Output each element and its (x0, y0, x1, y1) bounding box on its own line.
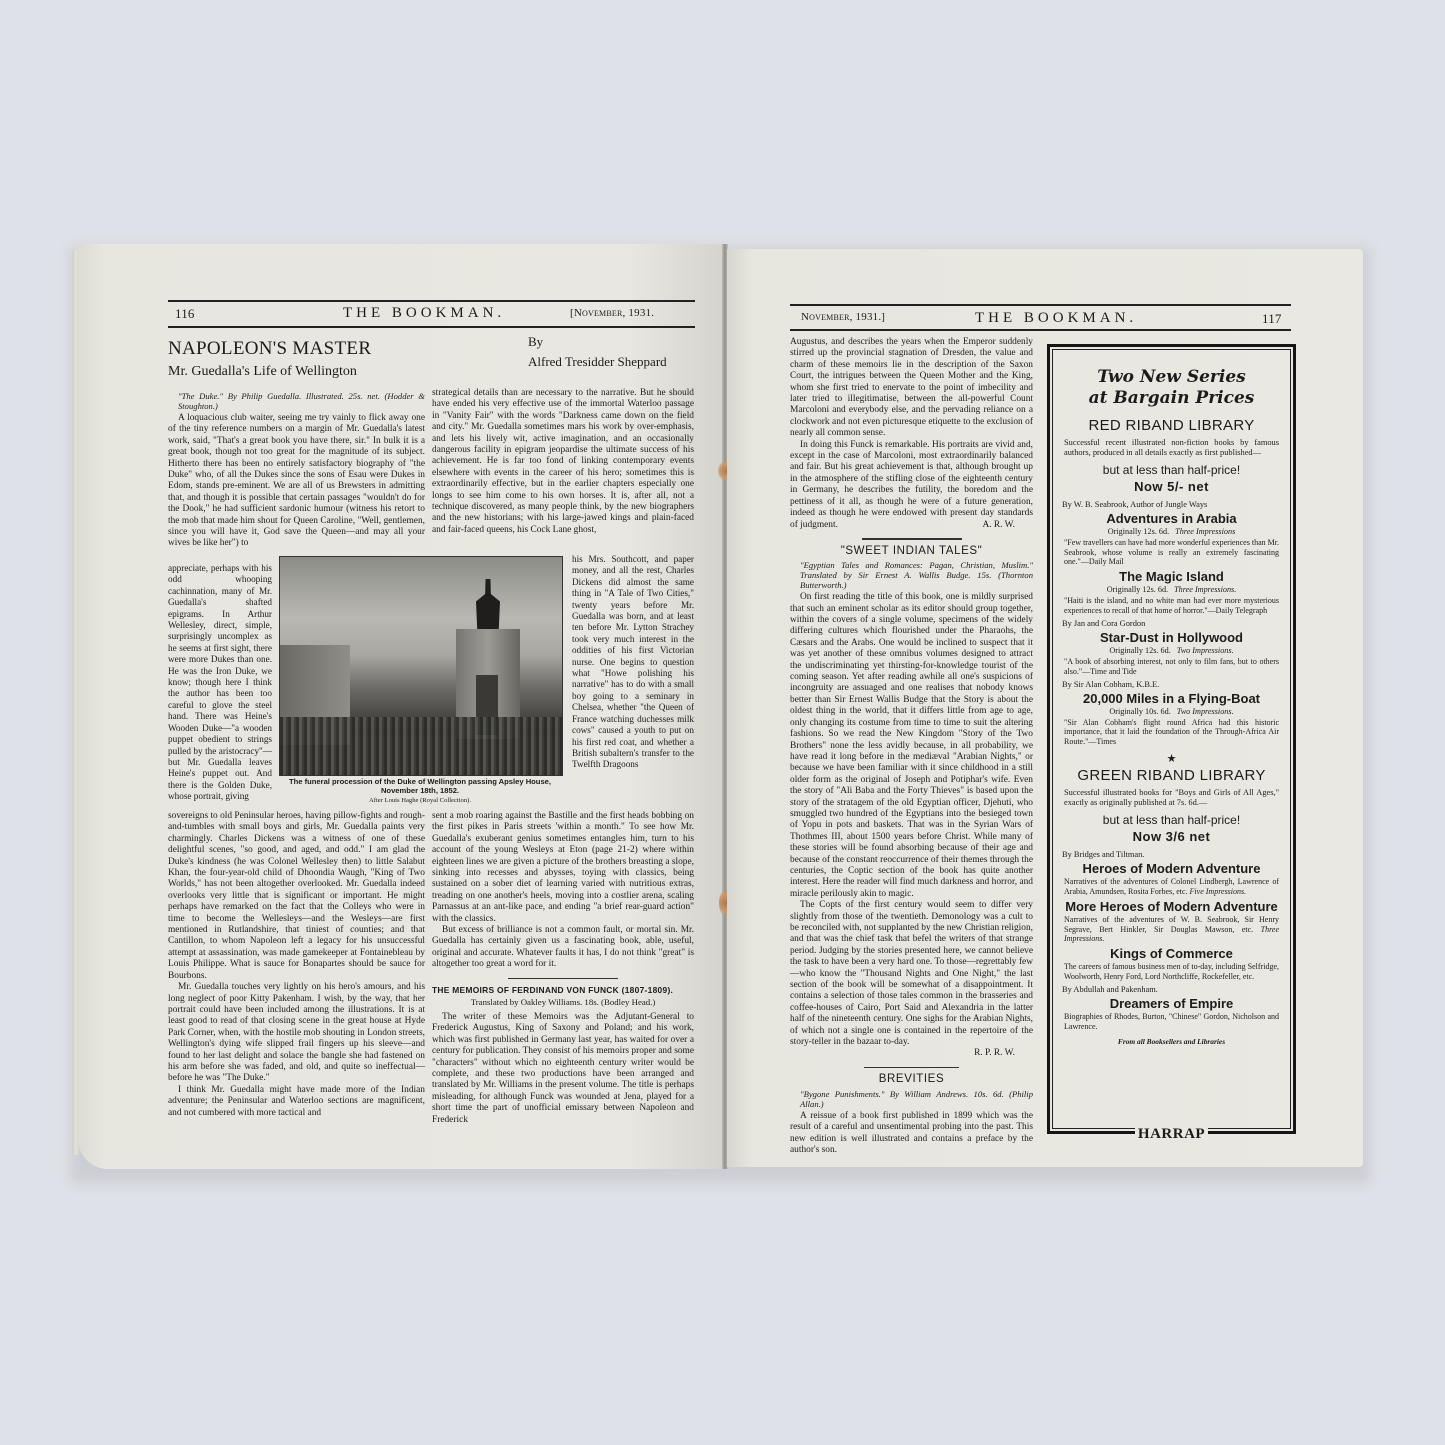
memoirs-paragraph: In doing this Funck is remarkable. His p… (790, 440, 1033, 531)
illustration-equestrian-statue (476, 579, 500, 629)
ad-book-original-price: Originally 10s. 6d.Two Impressions. (1062, 707, 1281, 716)
header-rule-bottom (168, 326, 695, 328)
memoirs-subheading: Translated by Oakley Williams. 18s. (Bod… (432, 997, 694, 1008)
publisher-logo: HARRAP (1050, 1125, 1293, 1143)
article-paragraph: sent a mob roaring against the Bastille … (432, 811, 694, 925)
article-paragraph: his Mrs. Southcott, and paper money, and… (572, 554, 694, 771)
ad-book-quote: "Haiti is the island, and no white man h… (1062, 596, 1281, 615)
ad-author-line: By Bridges and Tiltman. (1062, 850, 1281, 859)
article-column-2-bottom: sent a mob roaring against the Bastille … (432, 811, 694, 1126)
book-citation: "The Duke." By Philip Guedalla. Illustra… (168, 391, 425, 411)
ad-book-title: Dreamers of Empire (1062, 996, 1281, 1011)
memoirs-heading: THE MEMOIRS OF FERDINAND VON FUNCK (1807… (432, 985, 694, 996)
article-paragraph: But excess of brilliance is not a common… (432, 925, 694, 971)
article-paragraph: strategical details than are necessary t… (432, 388, 694, 536)
section-divider (862, 538, 962, 540)
article-title: NAPOLEON'S MASTER (168, 338, 371, 360)
ad-headline-line-2: at Bargain Prices (1062, 388, 1281, 409)
ad-author-line: By W. B. Seabrook, Author of Jungle Ways (1062, 500, 1281, 509)
green-library-offer: but at less than half-price! (1062, 813, 1281, 827)
red-library-price: Now 5/- net (1062, 479, 1281, 494)
ad-headline: Two New Series at Bargain Prices (1062, 367, 1281, 409)
green-library-price: Now 3/6 net (1062, 829, 1281, 844)
green-riband-library-title: GREEN RIBAND LIBRARY (1062, 767, 1281, 784)
brevities-citation: "Bygone Punishments." By William Andrews… (790, 1089, 1033, 1109)
article-column-1-bottom: sovereigns to old Peninsular heroes, hav… (168, 811, 425, 1119)
right-text-column: Augustus, and describes the years when t… (790, 337, 1033, 1156)
article-paragraph: I think Mr. Guedalla might have made mor… (168, 1085, 425, 1119)
ad-footer: From all Booksellers and Libraries (1062, 1037, 1281, 1046)
article-paragraph: sovereigns to old Peninsular heroes, hav… (168, 811, 425, 982)
ad-book-description: Biographies of Rhodes, Burton, "Chinese"… (1062, 1012, 1281, 1031)
ad-headline-line-1: Two New Series (1062, 367, 1281, 388)
byline: By Alfred Tresidder Sheppard (528, 332, 667, 372)
left-running-date: [November, 1931. (570, 307, 654, 319)
ad-book-title: The Magic Island (1062, 569, 1281, 584)
memoirs-paragraph: Augustus, and describes the years when t… (790, 337, 1033, 440)
ad-book-description: Narratives of the adventures of W. B. Se… (1062, 915, 1281, 943)
harrap-advertisement: Two New Series at Bargain Prices RED RIB… (1047, 344, 1296, 1134)
ad-book-original-price: Originally 12s. 6d.Three Impressions. (1062, 585, 1281, 594)
ad-book-title: 20,000 Miles in a Flying-Boat (1062, 691, 1281, 706)
indian-tales-paragraph: The Copts of the first century would see… (790, 900, 1033, 1048)
indian-tales-heading: "SWEET INDIAN TALES" (790, 546, 1033, 557)
ad-author-line: By Jan and Cora Gordon (1062, 619, 1281, 628)
ad-book-title: Adventures in Arabia (1062, 511, 1281, 526)
header-rule-top (790, 304, 1291, 306)
red-riband-library-title: RED RIBAND LIBRARY (1062, 417, 1281, 434)
ad-book-original-price: Originally 12s. 6d.Two Impressions. (1062, 646, 1281, 655)
ad-book-title: More Heroes of Modern Adventure (1062, 899, 1281, 914)
red-library-offer: but at less than half-price! (1062, 463, 1281, 477)
green-library-description: Successful illustrated books for "Boys a… (1062, 788, 1281, 807)
ad-book-description: Narratives of the adventures of Colonel … (1062, 877, 1281, 896)
figure-credit: After Louis Haghe (Royal Collection). (279, 797, 561, 804)
ad-author-line: By Abdullah and Pakenham. (1062, 985, 1281, 994)
figure-caption: The funeral procession of the Duke of We… (279, 777, 561, 796)
ad-book-quote: "A book of absorbing interest, not only … (1062, 657, 1281, 676)
byline-label: By (528, 332, 667, 352)
left-running-title: THE BOOKMAN. (343, 305, 505, 322)
ad-author-line: By Sir Alan Cobham, K.B.E. (1062, 680, 1281, 689)
article-column-2-top: strategical details than are necessary t… (432, 388, 694, 536)
header-rule-top (168, 300, 695, 302)
funeral-procession-illustration (279, 556, 563, 776)
section-divider (864, 1067, 959, 1069)
indian-tales-signoff: R. P. R. W. (790, 1048, 1033, 1059)
star-separator-icon: ★ (1062, 752, 1281, 765)
article-subtitle: Mr. Guedalla's Life of Wellington (168, 364, 357, 380)
right-running-date: November, 1931.] (801, 311, 885, 323)
section-divider (508, 978, 618, 980)
red-library-description: Successful recent illustrated non-fictio… (1062, 438, 1281, 457)
article-column-2-wrap: his Mrs. Southcott, and paper money, and… (572, 554, 694, 771)
article-column-1-wrap: appreciate, perhaps with his odd whoopin… (168, 563, 272, 803)
header-rule-bottom (790, 329, 1291, 331)
brevities-paragraph: A reissue of a book first published in 1… (790, 1111, 1033, 1157)
left-page-number: 116 (175, 306, 195, 322)
right-page-number: 117 (1262, 311, 1282, 327)
article-column-1-top: "The Duke." By Philip Guedalla. Illustra… (168, 391, 425, 550)
indian-tales-citation: "Egyptian Tales and Romances: Pagan, Chr… (790, 560, 1033, 590)
ad-book-description: The careers of famous business men of to… (1062, 962, 1281, 981)
ad-book-title: Star-Dust in Hollywood (1062, 630, 1281, 645)
brevities-heading: BREVITIES (790, 1074, 1033, 1085)
article-paragraph: Mr. Guedalla touches very lightly on his… (168, 982, 425, 1085)
right-running-title: THE BOOKMAN. (975, 310, 1137, 327)
ad-book-quote: "Few travellers can have had more wonder… (1062, 538, 1281, 566)
article-paragraph: appreciate, perhaps with his odd whoopin… (168, 563, 272, 803)
illustration-crowd (280, 717, 562, 776)
ad-book-original-price: Originally 12s. 6d.Three Impressions (1062, 527, 1281, 536)
ad-book-title: Heroes of Modern Adventure (1062, 861, 1281, 876)
memoirs-paragraph: The writer of these Memoirs was the Adju… (432, 1012, 694, 1126)
indian-tales-paragraph: On first reading the title of this book,… (790, 592, 1033, 900)
ad-book-quote: "Sir Alan Cobham's flight round Africa h… (1062, 718, 1281, 746)
ad-book-title: Kings of Commerce (1062, 946, 1281, 961)
byline-author: Alfred Tresidder Sheppard (528, 352, 667, 372)
article-paragraph: A loquacious club waiter, seeing me try … (168, 413, 425, 550)
